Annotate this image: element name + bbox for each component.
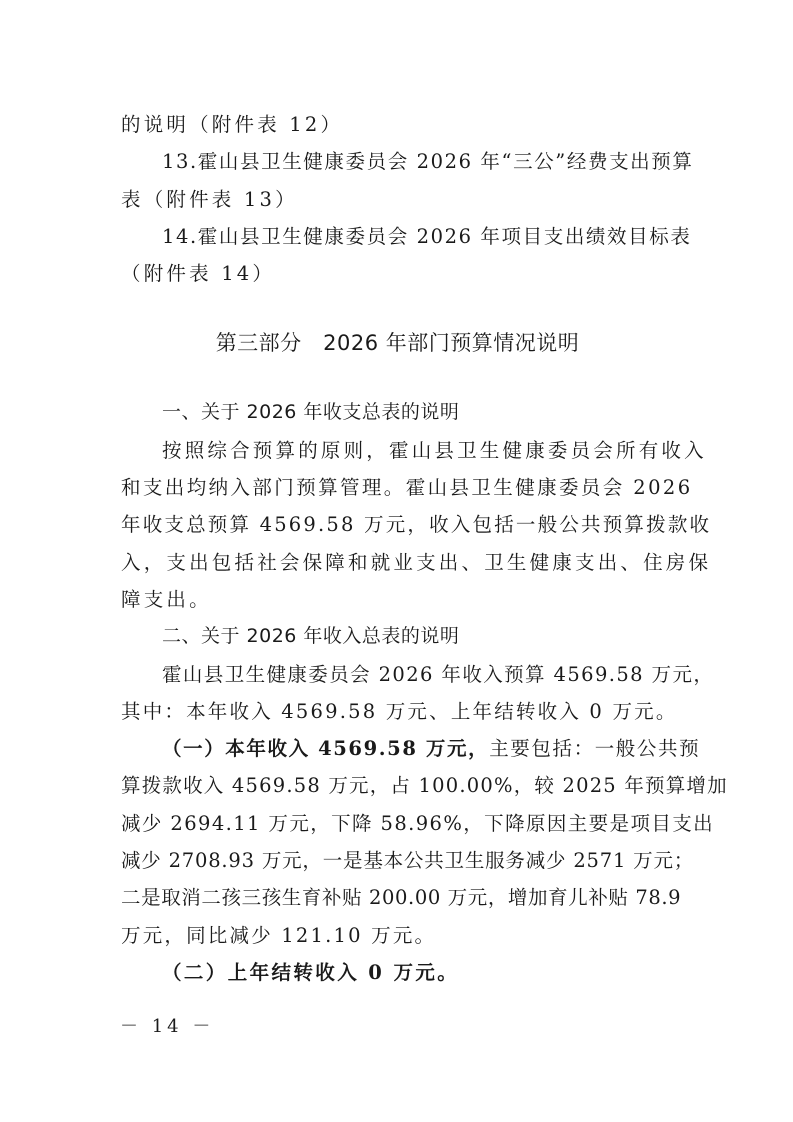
subsection-1-paragraph-line: 二是取消二孩三孩生育补贴 200.00 万元，增加育儿补贴 78.9 [121, 879, 674, 916]
subsection-1-paragraph-line: 减少 2708.93 万元，一是基本公共卫生服务减少 2571 万元； [121, 842, 674, 879]
document-page: 的说明（附件表 12） 13.霍山县卫生健康委员会 2026 年“三公”经费支出… [121, 106, 674, 991]
attachment-14-line-2: （附件表 14） [121, 255, 674, 292]
section-1-paragraph-line: 和支出均纳入部门预算管理。霍山县卫生健康委员会 2026 [121, 469, 674, 506]
subsection-1-paragraph-line: 万元，同比减少 121.10 万元。 [121, 917, 674, 954]
subsection-1-text: 主要包括：一般公共预 [489, 737, 700, 760]
section-1-paragraph-line: 障支出。 [121, 581, 674, 618]
section-1-paragraph-line: 入，支出包括社会保障和就业支出、卫生健康支出、住房保 [121, 544, 674, 581]
subsection-1-paragraph-line: 减少 2694.11 万元，下降 58.96%，下降原因主要是项目支出 [121, 805, 674, 842]
section-2-heading: 二、关于 2026 年收入总表的说明 [121, 618, 674, 655]
section-1-heading: 一、关于 2026 年收支总表的说明 [121, 394, 674, 431]
subsection-1-line-1: （一）本年收入 4569.58 万元，主要包括：一般公共预 [121, 730, 674, 767]
page-number: － 14 － [120, 1012, 214, 1038]
attachment-12-continuation: 的说明（附件表 12） [121, 106, 674, 143]
subsection-2-heading: （二）上年结转收入 0 万元。 [121, 954, 674, 991]
attachment-14-line-1: 14.霍山县卫生健康委员会 2026 年项目支出绩效目标表 [121, 218, 674, 255]
section-2-paragraph-line: 霍山县卫生健康委员会 2026 年收入预算 4569.58 万元， [121, 656, 674, 693]
section-2-paragraph-line: 其中：本年收入 4569.58 万元、上年结转收入 0 万元。 [121, 693, 674, 730]
part-title: 第三部分 2026 年部门预算情况说明 [121, 325, 674, 362]
attachment-13-line-1: 13.霍山县卫生健康委员会 2026 年“三公”经费支出预算 [121, 143, 674, 180]
subsection-1-paragraph-line: 算拨款收入 4569.58 万元，占 100.00%，较 2025 年预算增加 [121, 767, 674, 804]
section-1-paragraph-line: 按照综合预算的原则，霍山县卫生健康委员会所有收入 [121, 432, 674, 469]
section-1-paragraph-line: 年收支总预算 4569.58 万元，收入包括一般公共预算拨款收 [121, 506, 674, 543]
subsection-1-heading: （一）本年收入 4569.58 万元， [162, 737, 489, 760]
attachment-13-line-2: 表（附件表 13） [121, 181, 674, 218]
